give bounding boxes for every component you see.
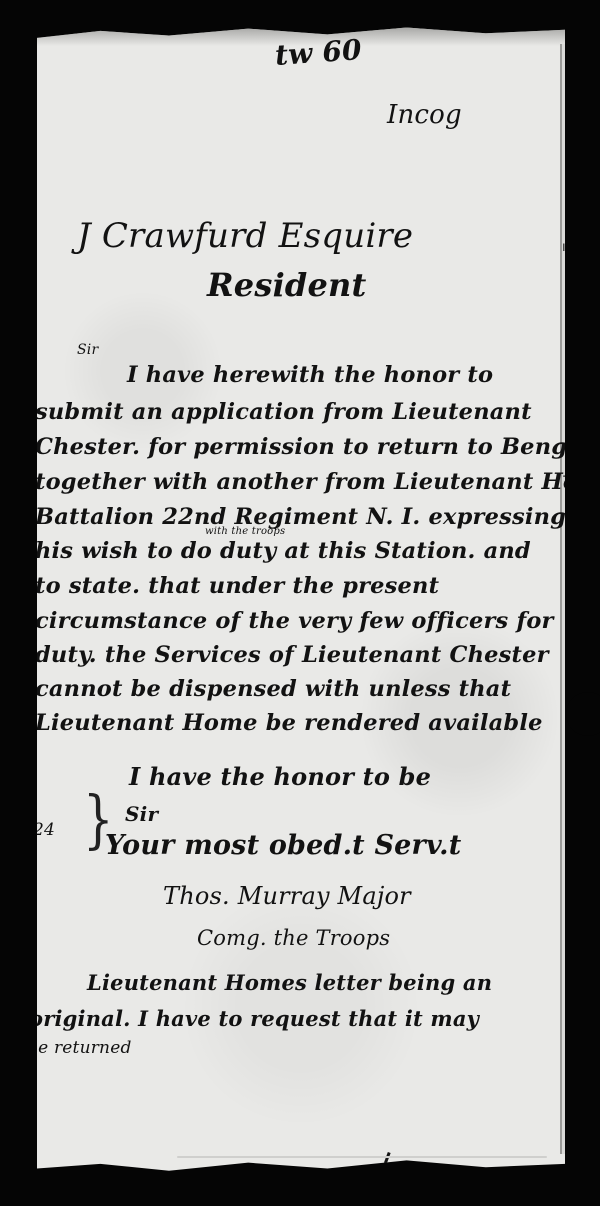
body-line: together with another from Lieutenant Ho…: [35, 469, 600, 495]
body-line: to state. that under the present: [35, 573, 439, 599]
page-margin-strip: [562, 44, 578, 1154]
margin-rule-line: [560, 44, 562, 1154]
postscript-line: Lieutenant Homes letter being an: [87, 970, 492, 995]
body-line: Battalion 22nd Regiment N. I. expressing: [35, 504, 566, 530]
margin-mark: ·: [562, 470, 566, 485]
closing-subscription: Your most obed.t Serv.t: [105, 830, 461, 861]
left-margin-number: 24: [33, 820, 55, 840]
postscript-line: be returned: [27, 1038, 132, 1058]
signature-title: Comg. the Troops: [197, 926, 390, 950]
paper-crease: [177, 1156, 547, 1158]
body-line: his wish to do duty at this Station. and: [35, 538, 531, 564]
closing-line: I have the honor to be: [129, 762, 431, 791]
margin-bracket-mark: }: [83, 784, 114, 857]
salutation: Sir: [77, 342, 98, 358]
body-line: I have herewith the honor to: [127, 362, 493, 388]
body-line: duty. the Services of Lieutenant Chester: [35, 642, 549, 668]
body-line: submit an application from Lieutenant: [35, 399, 532, 425]
binding-hole: [566, 692, 600, 736]
body-line: Lieutenant Home be rendered available: [35, 710, 543, 736]
addressee-name: J Crawfurd Esquire: [77, 216, 413, 256]
folio-number: tw 60: [274, 33, 363, 72]
signature-name: Thos. Murray Major: [163, 882, 411, 910]
postscript-line: original. I have to request that it may: [29, 1006, 479, 1031]
document-viewer: tw 60 Incog J Crawfurd Esquire Resident …: [0, 0, 600, 1206]
addressee-title: Resident: [207, 266, 367, 304]
interlinear-insertion: with the troops: [205, 526, 285, 537]
top-right-annotation: Incog: [387, 100, 462, 130]
margin-mark: ı: [562, 240, 566, 255]
manuscript-page: tw 60 Incog J Crawfurd Esquire Resident …: [37, 24, 565, 1180]
body-line: Chester. for permission to return to Ben…: [35, 434, 591, 460]
closing-sir: Sir: [125, 802, 158, 826]
body-line: circumstance of the very few officers fo…: [35, 608, 554, 634]
ink-stroke: [382, 1152, 390, 1168]
body-line: cannot be dispensed with unless that: [35, 676, 511, 702]
